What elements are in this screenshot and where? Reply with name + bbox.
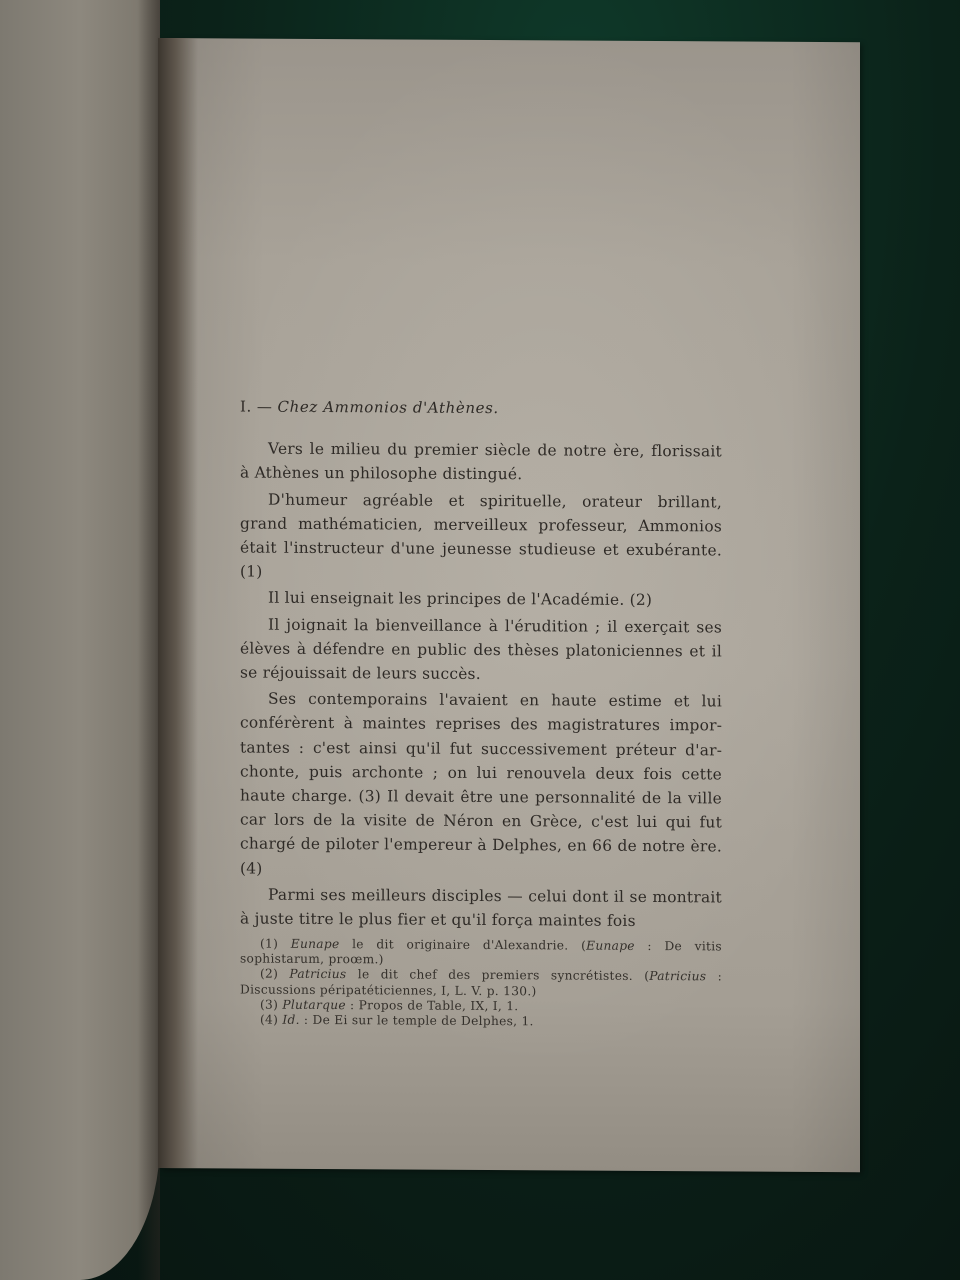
footnote-text: : De Ei sur le temple de Delphes, 1. — [300, 1013, 534, 1028]
footnote-author: Plutarque — [282, 998, 346, 1012]
section-heading: I.—Chez Ammonios d'Athènes. — [240, 394, 722, 421]
footnote-author: Eunape — [291, 937, 340, 951]
paragraph: Il joignait la bienveillance à l'éruditi… — [240, 612, 722, 688]
section-dash: — — [257, 398, 273, 416]
footnote-author: Eunape — [586, 939, 635, 953]
section-title: Chez Ammonios d'Athènes. — [278, 398, 499, 417]
paragraph: Vers le milieu du premier siècle de notr… — [240, 437, 722, 488]
footnote-text: le dit chef des premiers syncrétistes. ( — [347, 968, 650, 984]
footnote-text: : Propos de Table, IX, I, 1. — [346, 998, 519, 1013]
section-number: I. — [240, 397, 252, 415]
footnote-author: Id. — [282, 1013, 299, 1027]
footnote-marker: (2) — [260, 967, 278, 981]
footnote-author: Patri­cius — [649, 969, 706, 983]
paragraph: Parmi ses meilleurs disciples — celui do… — [240, 882, 722, 933]
book-page: I.—Chez Ammonios d'Athènes. Vers le mili… — [160, 38, 860, 1172]
paragraph: Il lui enseignait les principes de l'Aca… — [240, 586, 722, 613]
footnotes: (1) Eunape le dit originaire d'Alexandri… — [240, 936, 722, 1030]
body-text: I.—Chez Ammonios d'Athènes. Vers le mili… — [240, 394, 722, 935]
footnote: (2) Patricius le dit chef des premiers s… — [240, 967, 722, 1000]
footnote-author: Patricius — [289, 967, 346, 981]
footnote-marker: (1) — [260, 937, 278, 951]
footnote: (1) Eunape le dit originaire d'Alexandri… — [240, 936, 722, 969]
footnote-text: le dit originaire d'Alexandrie. ( — [339, 937, 586, 953]
footnote: (4) Id. : De Ei sur le temple de Delphes… — [240, 1013, 722, 1031]
photo-scene: I.—Chez Ammonios d'Athènes. Vers le mili… — [0, 0, 960, 1280]
left-page-edge — [0, 0, 160, 1280]
paragraph: Ses contemporains l'avaient en haute est… — [240, 687, 722, 884]
footnote-marker: (4) — [260, 1013, 278, 1027]
footnote-marker: (3) — [260, 997, 278, 1011]
book-gutter-shadow — [158, 38, 198, 1168]
paragraph: D'humeur agréable et spirituelle, orateu… — [240, 487, 722, 587]
